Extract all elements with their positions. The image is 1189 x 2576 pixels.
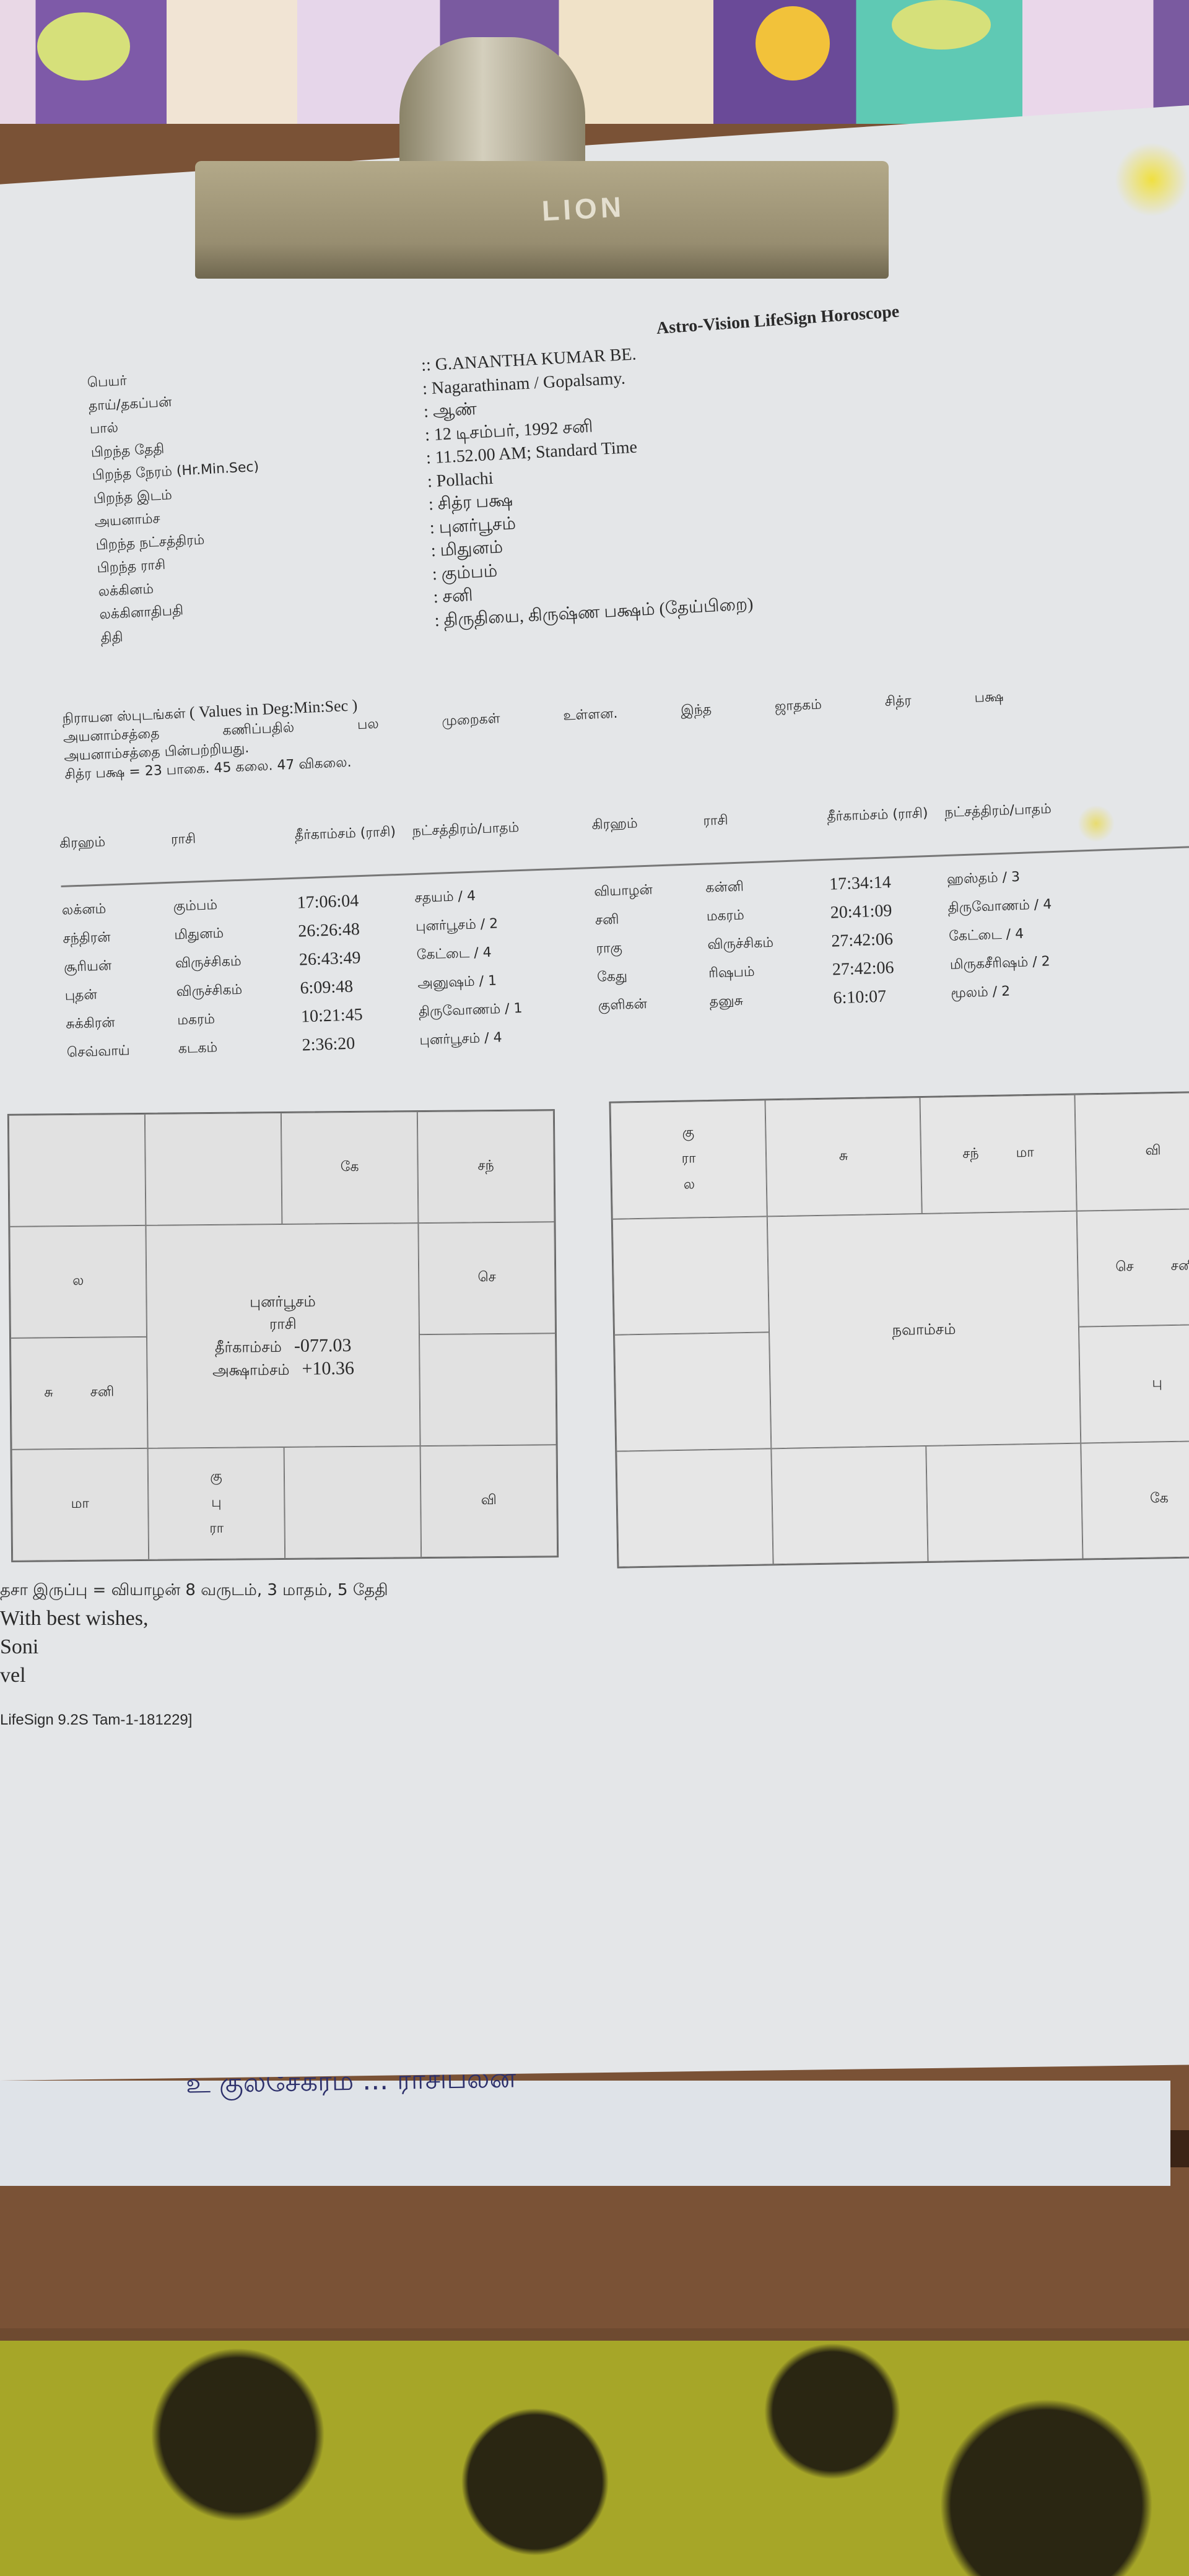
longitude-line: தீர்காம்சம்-077.03 (215, 1334, 352, 1359)
chart-house: வி (1074, 1092, 1189, 1211)
word: சித்ர (884, 692, 912, 711)
detail-value: : சனி (433, 584, 474, 609)
chart-house (612, 1216, 769, 1335)
longitude-label: தீர்காம்சம் (215, 1338, 282, 1356)
star-pada-cell: கேட்டை / 4 (416, 941, 596, 965)
latitude-line: அக்ஷாம்சம்+10.36 (212, 1357, 354, 1382)
longitude-cell: 6:09:48 (300, 975, 418, 999)
chart-house (614, 1332, 771, 1451)
col-planet: கிரஹம் (591, 801, 704, 867)
detail-value: : ஆண் (423, 398, 477, 424)
planet-abbrev: வி (481, 1492, 497, 1510)
planet-abbrev: மா (1016, 1145, 1034, 1163)
longitude-cell: 27:42:06 (831, 928, 949, 952)
planet-abbrev: செ (1115, 1259, 1134, 1277)
chart-house: பு (1079, 1324, 1189, 1443)
planet-cell: வியாழன் (594, 881, 706, 902)
planet-abbrev: கே (341, 1159, 359, 1177)
chart-house: கே (1081, 1440, 1189, 1559)
document-footer: தசா இருப்பு = வியாழன் 8 வருடம், 3 மாதம்,… (0, 1576, 388, 1734)
chart-house: செ (418, 1222, 555, 1334)
star-pada-cell: புனர்பூசம் / 4 (419, 1027, 599, 1050)
rasi-cell: மகரம் (177, 1009, 302, 1030)
planet-abbrev: செ (477, 1269, 496, 1287)
col-star-pada: நட்சத்திரம்/பாதம் (412, 805, 593, 873)
leaf-pattern-icon (37, 12, 130, 80)
planet-abbrev: சந் (477, 1158, 494, 1175)
detail-value: : கும்பம் (432, 559, 498, 586)
col-star-pada: நட்சத்திரம்/பாதம் (944, 786, 1125, 855)
chart-house (9, 1114, 146, 1227)
word: கணிப்பதில் (222, 719, 295, 741)
col-longitude: தீர்காம்சம் (ராசி) (294, 811, 414, 877)
signature-name-2: vel (0, 1661, 388, 1690)
table-left-half: லக்னம்கும்பம்17:06:04சதயம் / 4சந்திரன்மி… (61, 879, 599, 1068)
longitude-cell: 20:41:09 (830, 899, 948, 923)
chart-center: புனர்பூசம்ராசிதீர்காம்சம்-077.03அக்ஷாம்ச… (146, 1223, 420, 1448)
longitude-value: -077.03 (294, 1335, 352, 1356)
chart-house: சந்மா (920, 1095, 1076, 1214)
latitude-label: அக்ஷாம்சம் (212, 1361, 290, 1379)
planet-cell: சனி (595, 909, 707, 930)
planet-abbrev: மா (71, 1496, 89, 1513)
planet-cell: ராகு (596, 938, 708, 959)
navamsa-chart: குராலசுசந்மாவிசெசனிபுகேநவாம்சம் (609, 1090, 1189, 1568)
planet-cell: கேது (597, 966, 709, 987)
planet-abbrev: கு (682, 1125, 694, 1142)
rasi-cell: விருச்சிகம் (175, 952, 300, 973)
col-rasi: ராசி (170, 816, 296, 882)
rasi-cell: மிதுனம் (174, 923, 298, 945)
clip-brand-label: LION (541, 190, 626, 228)
table-right-half: வியாழன்கன்னி17:34:14ஹஸ்தம் / 3சனிமகரம்20… (594, 860, 1132, 1050)
chart-type: நவாம்சம் (892, 1318, 956, 1341)
word: இந்த (681, 700, 712, 720)
planet-cell: புதன் (64, 985, 176, 1006)
longitude-cell: 2:36:20 (302, 1032, 420, 1056)
word: முறைகள் (442, 710, 500, 731)
planet-abbrev: வி (1145, 1142, 1161, 1160)
chart-house: செசனி (1077, 1208, 1189, 1327)
star-pada-cell: ஹஸ்தம் / 3 (947, 866, 1127, 889)
star-pada-cell: அனுஷம் / 1 (417, 970, 598, 993)
chart-house: குரால (611, 1100, 767, 1219)
chart-house (419, 1333, 557, 1446)
rasi-cell: மகரம் (706, 905, 830, 926)
chart-house: சுசனி (11, 1337, 148, 1450)
chart-house (771, 1445, 928, 1564)
star-pada-cell: புனர்பூசம் / 2 (416, 913, 596, 936)
software-version: LifeSign 9.2S Tam-1-181229] (0, 1706, 388, 1734)
rasi-cell: கும்பம் (173, 895, 297, 916)
rasi-cell: கடகம் (178, 1037, 302, 1059)
chart-house: மா (12, 1448, 149, 1561)
planet-abbrev: பு (211, 1495, 222, 1512)
col-rasi: ராசி (702, 797, 828, 863)
chart-house (616, 1448, 773, 1567)
word: ஜாதகம் (774, 695, 822, 716)
detail-value: : Pollachi (427, 466, 494, 493)
chart-center: நவாம்சம் (767, 1211, 1081, 1448)
planet-abbrev: ரா (209, 1521, 224, 1538)
longitude-cell: 17:34:14 (829, 871, 947, 895)
planet-cell: குளிகன் (598, 994, 710, 1016)
planet-abbrev: கே (1150, 1490, 1169, 1508)
background-fabric-bottom (0, 2341, 1189, 2576)
chart-house: ல (9, 1225, 147, 1338)
word: பல (357, 715, 379, 734)
rasi-chart: கேசந்லசெசுசனிமாகுபுராவிபுனர்பூசம்ராசிதீர… (7, 1109, 559, 1562)
rasi-cell: விருச்சிகம் (707, 933, 832, 955)
longitude-cell: 26:43:49 (298, 946, 417, 970)
chart-star: புனர்பூசம் (250, 1290, 316, 1313)
planet-cell: லக்னம் (61, 899, 173, 920)
word: பக்ஷ (974, 688, 1004, 708)
planet-cell: செவ்வாய் (66, 1042, 178, 1063)
chart-house: சு (765, 1097, 921, 1216)
star-pada-cell: மிருகசீரிஷம் / 2 (949, 951, 1130, 975)
planet-abbrev: கு (210, 1469, 222, 1486)
star-pada-cell: திருவோணம் / 4 (947, 894, 1128, 918)
word: உள்ளன. (563, 705, 618, 726)
planet-abbrev: சு (44, 1385, 53, 1402)
longitude-cell: 6:10:07 (833, 985, 951, 1009)
longitude-cell: 10:21:45 (301, 1003, 419, 1027)
planet-abbrev: சனி (1170, 1258, 1189, 1276)
planet-abbrev: ல (683, 1177, 695, 1194)
chart-type: ராசி (269, 1313, 297, 1335)
chart-house: சந் (417, 1110, 555, 1223)
planet-abbrev: சந் (962, 1146, 979, 1163)
chart-house: வி (420, 1445, 558, 1557)
col-planet: கிரஹம் (59, 820, 172, 885)
leaf-pattern-icon (892, 0, 991, 50)
star-pada-cell: கேட்டை / 4 (949, 923, 1129, 946)
planet-cell: சந்திரன் (63, 928, 175, 949)
rasi-cell: ரிஷபம் (708, 962, 833, 983)
planet-cell: சூரியன் (64, 956, 176, 977)
planet-abbrev: சு (839, 1148, 848, 1165)
detail-value: : மிதுனம் (430, 536, 503, 563)
birth-details: பெயர்:: G.ANANTHA KUMAR BE.தாய்/தகப்பன்:… (87, 372, 740, 650)
latitude-value: +10.36 (302, 1358, 354, 1379)
rasi-cell: கன்னி (705, 876, 830, 898)
planet-abbrev: பு (1152, 1375, 1162, 1392)
planet-abbrev: ரா (681, 1151, 695, 1168)
chart-house: கே (281, 1112, 419, 1224)
star-pada-cell: திருவோணம் / 1 (419, 998, 599, 1022)
rasi-cell: விருச்சிகம் (176, 980, 300, 1002)
longitude-cell: 26:26:48 (298, 918, 416, 942)
ayanamsa-heading: நிராயன ஸ்புடங்கள் (62, 706, 186, 727)
dasa-balance: தசா இருப்பு = வியாழன் 8 வருடம், 3 மாதம்,… (0, 1576, 388, 1604)
chart-house (284, 1446, 422, 1559)
chart-house (145, 1113, 282, 1225)
planet-positions-table: கிரஹம் ராசி தீர்காம்சம் (ராசி) நட்சத்திர… (59, 783, 1189, 1068)
signature-name-1: Soni (0, 1633, 388, 1661)
longitude-cell: 27:42:06 (832, 956, 950, 980)
star-pada-cell: மூலம் / 2 (951, 980, 1131, 1003)
stain (1115, 142, 1189, 217)
star-pada-cell: சதயம் / 4 (414, 884, 594, 908)
planet-abbrev: ல (72, 1273, 84, 1290)
clipboard-clip: LION (195, 37, 889, 279)
col-longitude: தீர்காம்சம் (ராசி) (826, 793, 946, 859)
rasi-cell: தனுசு (709, 990, 834, 1012)
detail-value: : புனர்பூசம் (429, 512, 516, 540)
chart-house: குபுரா (148, 1447, 285, 1560)
underlying-paper (0, 2081, 1170, 2186)
longitude-cell: 17:06:04 (297, 889, 415, 913)
planet-cell: சுக்கிரன் (66, 1013, 178, 1034)
planet-abbrev: சனி (90, 1384, 115, 1401)
chart-house (926, 1443, 1082, 1562)
wishes-text: With best wishes, (0, 1604, 388, 1633)
